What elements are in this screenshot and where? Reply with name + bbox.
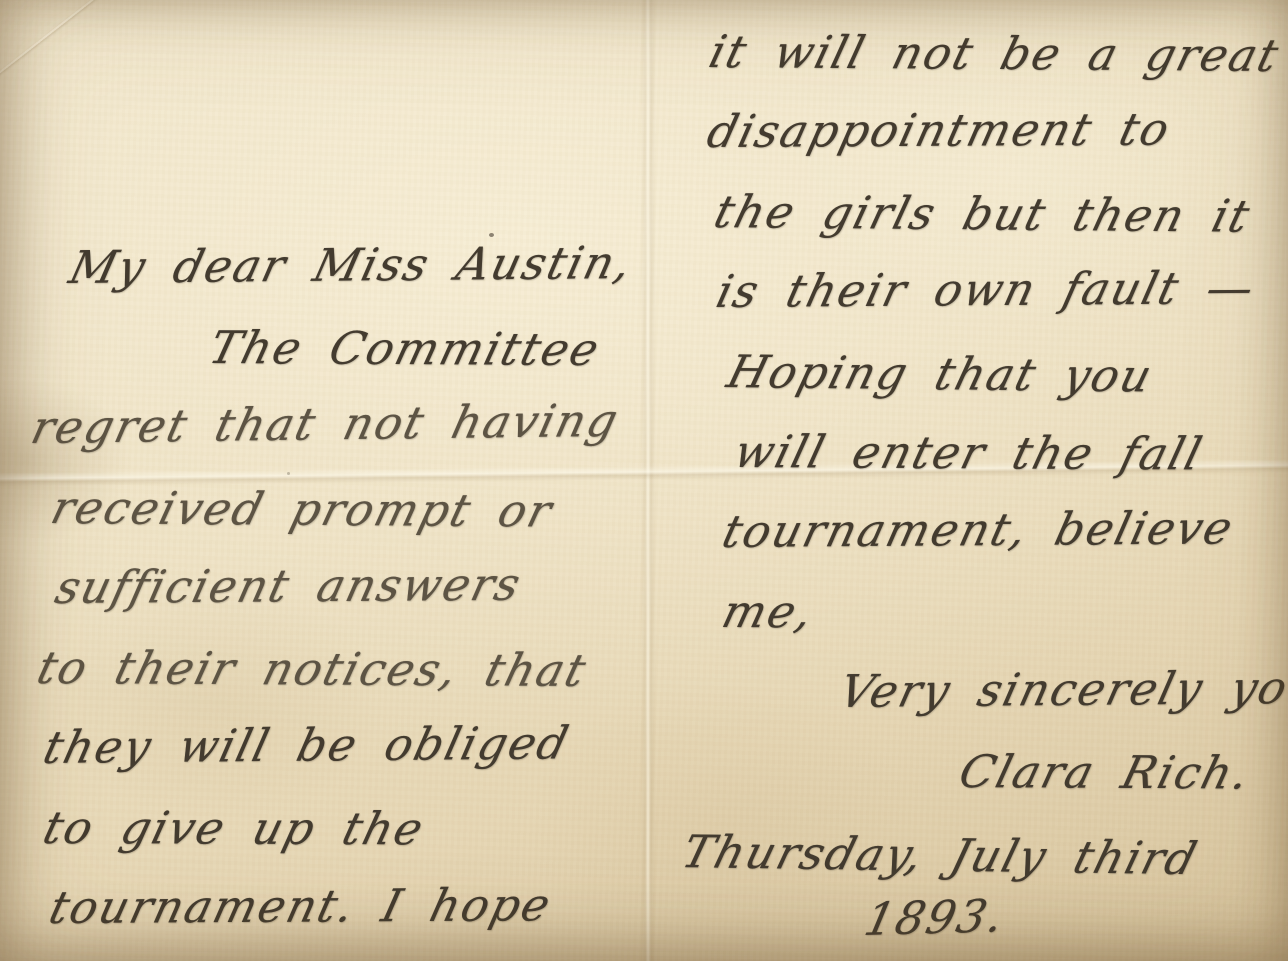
letter-line: The Committee [205, 308, 665, 390]
letter-line-text: My dear Miss Austin, [61, 223, 641, 308]
letter-page-left: My dear Miss Austin, The Committee regre… [25, 228, 665, 948]
letter-line: is their own fault — [712, 248, 1288, 332]
letter-line-text: regret that not having [23, 381, 628, 468]
letter-line: will enter the fall [730, 412, 1288, 495]
letter-line: Hoping that you [723, 332, 1288, 418]
letter-line-text: disappointment to [699, 90, 1180, 173]
letter-line: me, [718, 572, 1288, 654]
letter-line-text: to their notices, that [28, 628, 596, 711]
letter-line-signature: Clara Rich. [955, 732, 1288, 814]
letter-line-text: tournament. I hope [41, 865, 561, 948]
letter-line-year: 1893. [859, 868, 1288, 960]
letter-page-right: it will not be a great disappointment to… [675, 12, 1288, 960]
letter-line: tournament. I hope [45, 865, 665, 948]
letter-line-text: sufficient answers [47, 545, 530, 628]
letter-line-text: 1893. [857, 876, 1014, 960]
letter-line: they will be obliged [39, 703, 666, 788]
letter-line-text: me, [713, 572, 823, 652]
letter-line-text: it will not be a great [700, 12, 1288, 96]
letter-line-text: tournament, believe [714, 488, 1243, 572]
letter-line: regret that not having [27, 380, 666, 468]
letter-line-text: they will be obliged [35, 703, 578, 788]
letter-photo: My dear Miss Austin, The Committee regre… [0, 0, 1288, 961]
letter-line-text: to give up the [34, 788, 433, 869]
letter-line: to give up the [39, 788, 665, 870]
letter-paper: My dear Miss Austin, The Committee regre… [0, 0, 1288, 961]
letter-line-text: received prompt or [42, 468, 562, 551]
letter-line: to their notices, that [33, 628, 665, 711]
letter-line-text: is their own fault — [708, 248, 1264, 332]
letter-line-salutation: My dear Miss Austin, [65, 223, 666, 308]
letter-line: sufficient answers [51, 544, 666, 628]
letter-line-closing: Very sincerely yours [835, 648, 1288, 732]
letter-line: disappointment to [703, 89, 1288, 172]
letter-line: it will not be a great [705, 12, 1288, 96]
letter-line-text: Very sincerely yours [831, 647, 1288, 732]
letter-line-text: the girls but then it [705, 172, 1260, 256]
letter-line-text: will enter the fall [725, 412, 1212, 494]
letter-line: received prompt or [47, 468, 666, 552]
letter-line-text: Hoping that you [718, 332, 1162, 416]
letter-line: tournament, believe [718, 488, 1288, 572]
letter-line: the girls but then it [710, 172, 1288, 257]
letter-line-text: Clara Rich. [950, 732, 1259, 813]
letter-line-text: The Committee [200, 308, 609, 390]
